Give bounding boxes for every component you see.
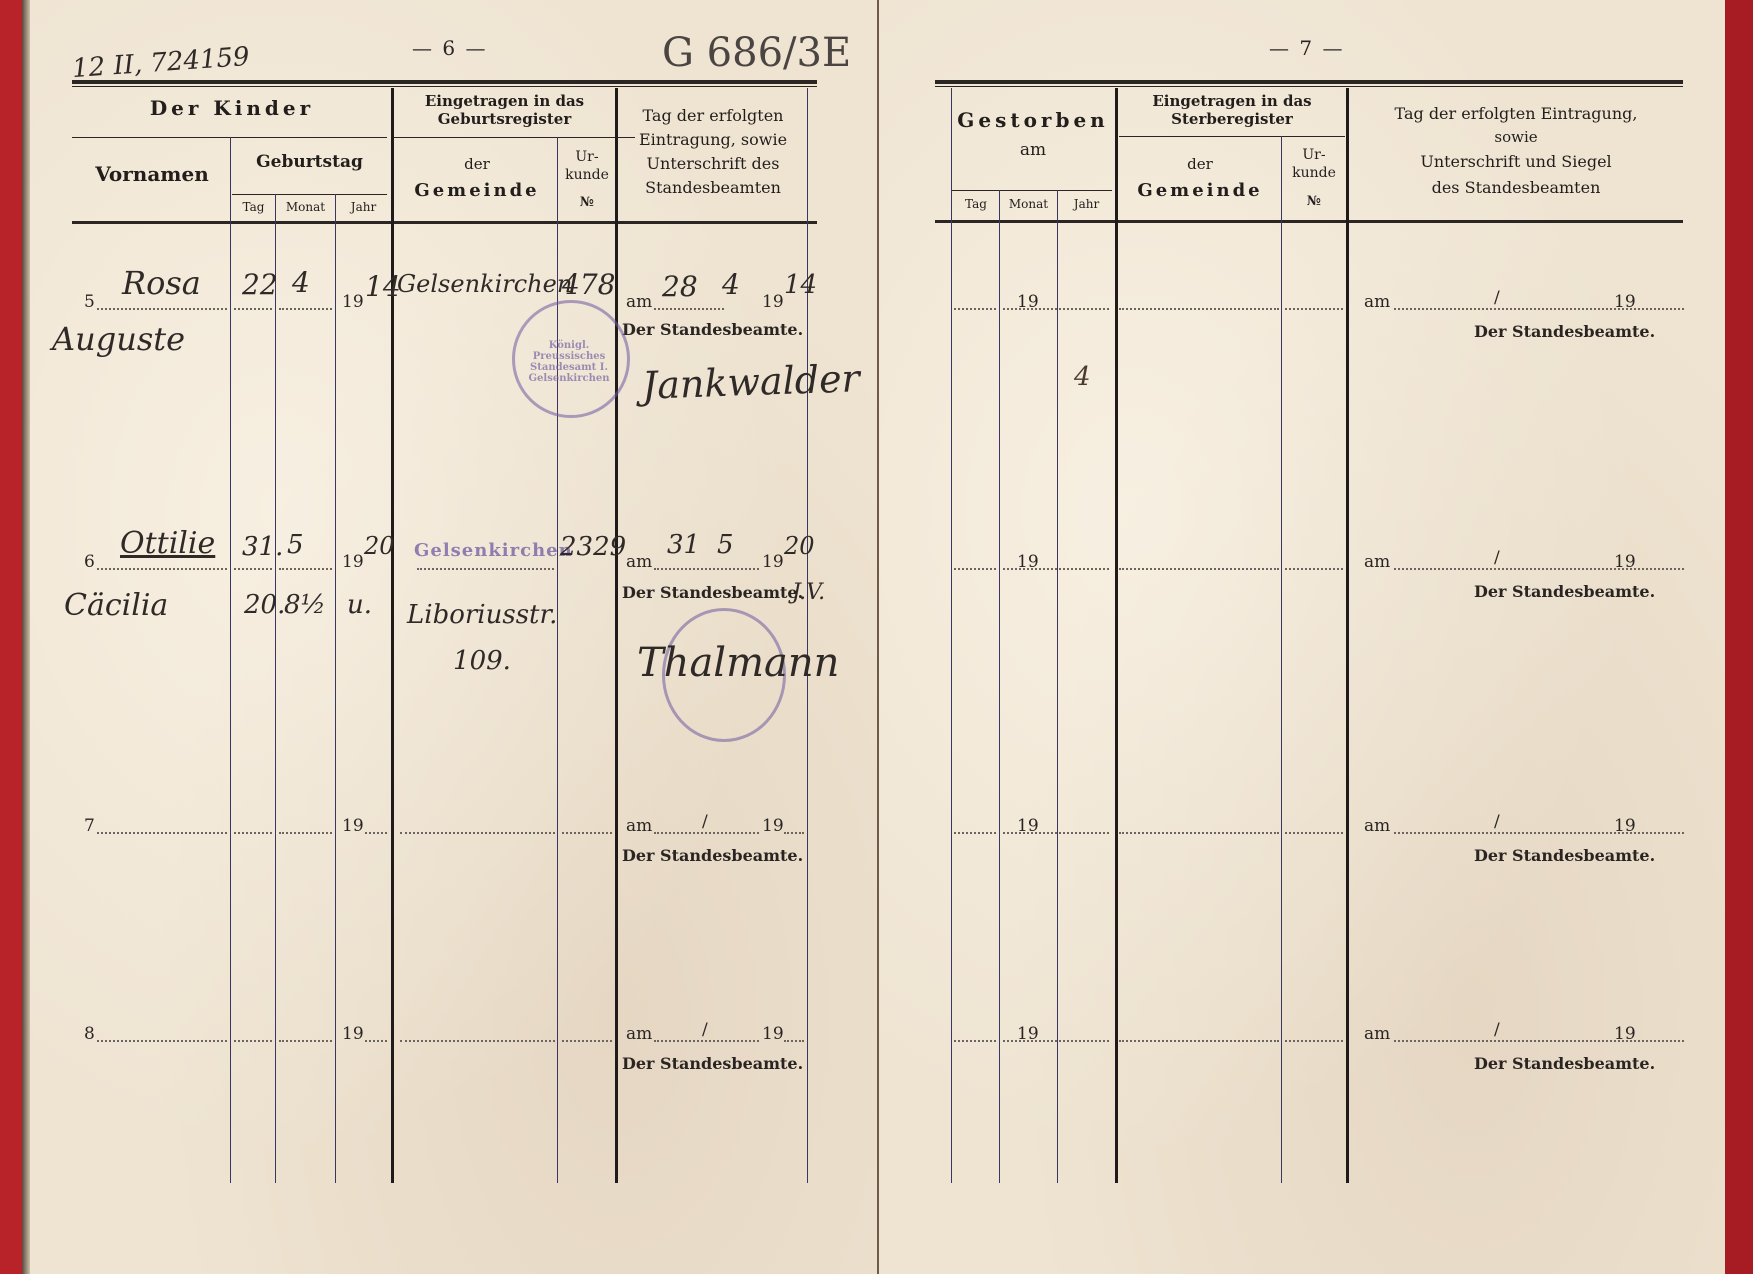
birth-day: 31. [242,532,283,562]
entry-year-prefix: 19 [1614,292,1636,312]
birth-month: 5 [287,530,304,560]
registrar-label: Der Standesbeamte. [1474,846,1655,865]
entry-am-label: am [1364,292,1390,312]
col-line-right-edge [807,88,808,1183]
row-dotted-line [1119,568,1279,570]
row-dotted-line [654,308,724,310]
col-line-eintragung [1346,88,1349,1183]
book-cover-edge [1725,0,1753,1274]
row-dotted-line [654,1040,759,1042]
header-monat: Monat [276,200,335,214]
entry-separator: / [1494,812,1500,832]
left-page: 12 II, 724159 — 6 — G 686/3E Der Kinder … [22,0,879,1274]
death-row-7: 19 am / 19 Der Standesbeamte. [879,816,1725,876]
row-dotted-line [97,308,227,310]
entry-day: 31 [667,530,700,560]
registrar-label: Der Standesbeamte. [1474,582,1655,601]
entry-separator: / [1494,288,1500,308]
archive-reference-note: 12 II, 724159 [71,42,250,84]
entry-am-label: am [626,552,652,572]
entry-year-prefix: 19 [1614,552,1636,572]
row-number: 8 [84,1024,95,1044]
header-gemeinde: Gemeinde [397,180,557,201]
row-dotted-line [1285,568,1343,570]
header-urkunde-number-sign: № [559,195,615,210]
certificate-number: 478 [562,268,615,301]
row-dotted-line [97,568,227,570]
entry-month: 4 [722,268,740,301]
entry-year-prefix: 19 [762,1024,784,1044]
death-row-5: 19 am / 19 Der Standesbeamte. 4 [879,292,1725,352]
row-number: 6 [84,552,95,572]
child-second-name: Cäcilia [64,588,168,623]
register-divider [1119,136,1345,137]
row-dotted-line [562,1040,612,1042]
header-geburtsregister: Eingetragen in das Geburtsregister [397,92,612,128]
row-dotted-line [1394,308,1684,310]
page-number: — 7 — [1269,36,1344,60]
header-der-kinder: Der Kinder [82,96,382,120]
entry-year-prefix: 19 [1614,816,1636,836]
child-first-name: Ottilie [120,526,215,561]
entry-separator: / [1494,548,1500,568]
child-first-name: Rosa [122,264,201,302]
row-dotted-line [1285,832,1343,834]
header-gemeinde: Gemeinde [1121,180,1279,201]
header-gestorben: Gestorben [953,108,1113,132]
entry-am-label: am [626,292,652,312]
row-dotted-line [400,832,555,834]
seal-stamp-text: Königl. Preussisches Standesamt I. Gelse… [524,340,614,384]
row-dotted-line [654,568,759,570]
row-dotted-line [365,832,387,834]
address-note: Liboriusstr. 109. [407,592,557,684]
file-reference-note: G 686/3E [662,30,851,76]
row-dotted-line [279,832,332,834]
col-line-tag [230,137,231,1183]
entry-year-suffix: 14 [784,270,817,300]
registrar-label: Der Standesbeamte. [1474,322,1655,341]
entry-year-prefix: 19 [762,552,784,572]
row-dotted-line [234,1040,272,1042]
entry-am-label: am [1364,816,1390,836]
header-top-rule-thin [935,86,1683,87]
header-vornamen: Vornamen [82,162,222,186]
page-number: — 6 — [412,36,487,60]
row-dotted-line [234,568,272,570]
header-urkunde: Ur-kunde [1283,146,1345,182]
birth-year-suffix: 14 [365,270,401,303]
row-dotted-line [784,832,804,834]
registrar-label: Der Standesbeamte. [622,320,803,339]
row-dotted-line [954,568,996,570]
registrar-label: Der Standesbeamte. [622,583,803,602]
row-dotted-line [1394,832,1684,834]
row-dotted-line [279,1040,332,1042]
row-dotted-line [1285,1040,1343,1042]
birth-year-prefix: 19 [342,552,364,572]
header-eintragung: Tag der erfolgten Eintragung, sowie Unte… [622,104,804,200]
header-eintragung-line4: des Standesbeamten [1349,178,1683,197]
ink-mark: 4 [1074,362,1091,392]
death-row-8: 19 am / 19 Der Standesbeamte. [879,1024,1725,1084]
child-second-name: Auguste [52,320,185,358]
row-dotted-line [1394,1040,1684,1042]
header-bottom-rule [935,220,1683,223]
entry-year-suffix: 20 [784,532,815,560]
col-line-gemeinde [1115,88,1118,1183]
entry-am-label: am [1364,1024,1390,1044]
row-dotted-line [1039,568,1109,570]
row-dotted-line [1285,308,1343,310]
death-year-prefix: 19 [1017,552,1039,572]
row-dotted-line [234,832,272,834]
header-jahr: Jahr [1058,197,1115,211]
header-urkunde: Ur-kunde [559,148,615,184]
header-top-rule [935,80,1683,84]
row-dotted-line [1119,308,1279,310]
entry-separator: / [1494,1020,1500,1040]
col-line-eintragung [615,88,618,1183]
header-der: der [1121,155,1279,173]
row-dotted-line [97,832,227,834]
header-top-rule [72,80,817,84]
header-jahr: Jahr [336,200,391,214]
row-dotted-line [1119,832,1279,834]
registrar-signature: Jankwalder [641,356,860,408]
row-dotted-line [954,832,996,834]
entry-am-label: am [1364,552,1390,572]
entry-am-label: am [626,816,652,836]
row-dotted-line [1119,1040,1279,1042]
entry-am-label: am [626,1024,652,1044]
row-dotted-line [365,1040,387,1042]
header-tag: Tag [953,197,999,211]
header-geburtstag: Geburtstag [232,152,387,172]
entry-day: 28 [662,270,698,303]
row-dotted-line [234,308,272,310]
row-dotted-line [654,832,759,834]
birth-day: 22 [242,268,278,301]
register-municipality: Gelsenkirchen [397,270,572,298]
municipality-stamp: Gelsenkirchen [414,540,573,561]
row-dotted-line [1394,568,1684,570]
entry-year-prefix: 19 [762,816,784,836]
row-dotted-line [279,308,332,310]
col-line-jahr [335,194,336,1183]
entry-year-prefix: 19 [762,292,784,312]
row-dotted-line [400,1040,555,1042]
row-dotted-line [954,1040,996,1042]
row-dotted-line [562,832,612,834]
registrar-label: Der Standesbeamte. [1474,1054,1655,1073]
row-dotted-line [1039,308,1109,310]
row-dotted-line [1039,832,1109,834]
col-line-monat [275,194,276,1183]
birth-year-suffix: 20 [364,532,395,560]
birth-year-prefix: 19 [342,1024,364,1044]
entry-month: 5 [717,530,734,560]
gestorben-divider [952,190,1112,191]
row-dotted-line [97,1040,227,1042]
header-bottom-rule [72,221,817,224]
death-note-year: u. [347,590,372,620]
birth-month: 4 [292,266,310,299]
registrar-label: Der Standesbeamte. [622,1054,803,1073]
row-dotted-line [954,308,996,310]
header-der: der [397,155,557,173]
row-dotted-line [417,568,554,570]
col-line-gemeinde [391,88,394,1183]
row-number: 5 [84,292,95,312]
death-note-day: 20. [244,590,285,620]
header-sterberegister: Eingetragen in das Sterberegister [1121,92,1343,128]
birth-year-prefix: 19 [342,292,364,312]
header-tag: Tag [232,200,275,214]
row-dotted-line [1039,1040,1109,1042]
registrar-deputy-note: J.V. [792,580,825,605]
header-eintragung-line1: Tag der erfolgten Eintragung, [1349,104,1683,123]
entry-separator: / [702,812,708,832]
col-line-tag [951,88,952,1183]
death-row-6: 19 am / 19 Der Standesbeamte. [879,552,1725,612]
header-top-rule-thin [72,86,817,87]
header-urkunde-number-sign: № [1283,194,1345,209]
row-dotted-line [784,1040,804,1042]
header-eintragung-line3: Unterschrift und Siegel [1349,152,1683,171]
death-year-prefix: 19 [1017,816,1039,836]
registrar-label: Der Standesbeamte. [622,846,803,865]
header-monat: Monat [1000,197,1057,211]
death-note-month: 8½ [284,590,326,620]
row-number: 7 [84,816,95,836]
entry-separator: / [702,1020,708,1040]
header-eintragung-line2: sowie [1349,128,1683,146]
death-year-prefix: 19 [1017,292,1039,312]
register-divider [392,137,635,138]
header-gestorben-am: am [953,140,1113,160]
certificate-number: 2329 [560,532,626,562]
death-year-prefix: 19 [1017,1024,1039,1044]
geburtstag-divider [232,194,387,195]
registrar-signature: Thalmann [637,640,839,686]
birth-year-prefix: 19 [342,816,364,836]
right-page: — 7 — Gestorben am Tag Monat Jahr Einget… [879,0,1725,1274]
entry-year-prefix: 19 [1614,1024,1636,1044]
row-dotted-line [279,568,332,570]
